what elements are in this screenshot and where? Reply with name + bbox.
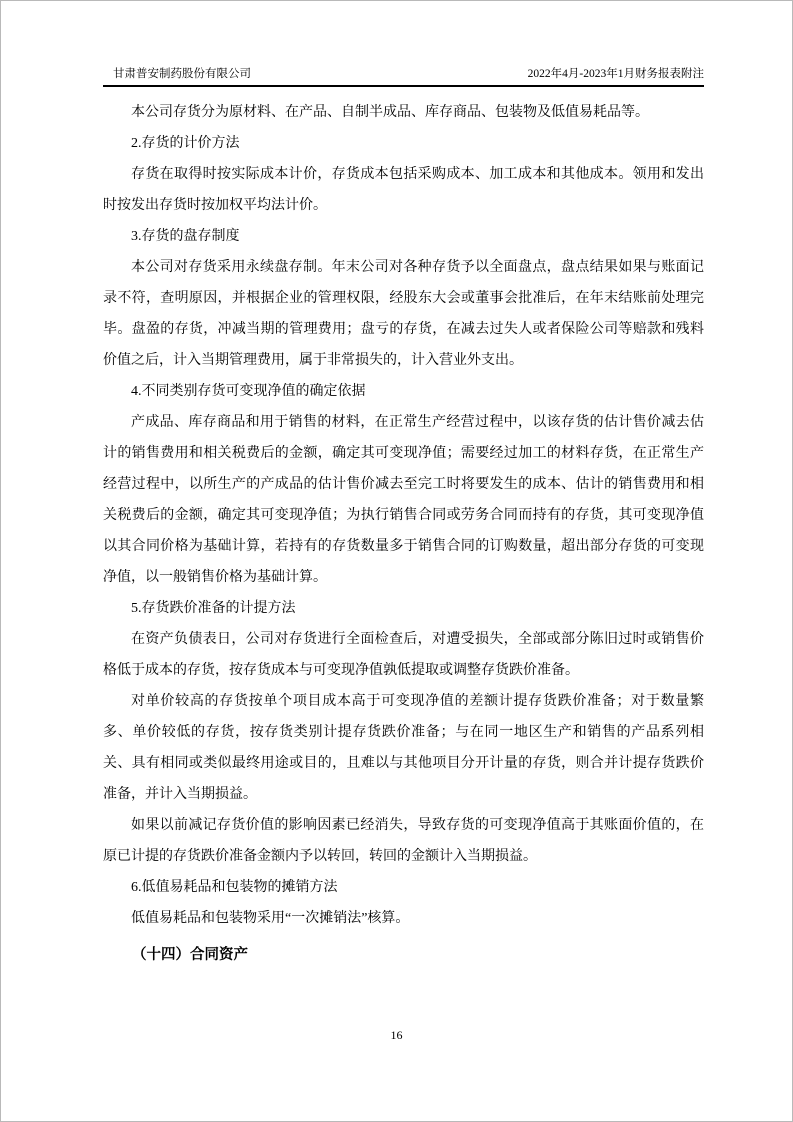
page-footer: 16: [1, 1027, 792, 1043]
numbered-heading: 3.存货的盘存制度: [103, 221, 704, 252]
paragraph: 在资产负债表日，公司对存货进行全面检查后，对遭受损失，全部或部分陈旧过时或销售价…: [103, 624, 704, 686]
paragraph: 对单价较高的存货按单个项目成本高于可变现净值的差额计提存货跌价准备；对于数量繁多…: [103, 686, 704, 810]
paragraph: 本公司存货分为原材料、在产品、自制半成品、库存商品、包装物及低值易耗品等。: [103, 97, 704, 128]
page-number: 16: [391, 1028, 403, 1042]
document-body: 本公司存货分为原材料、在产品、自制半成品、库存商品、包装物及低值易耗品等。 2.…: [103, 97, 704, 971]
company-name: 甘肃普安制药股份有限公司: [103, 67, 251, 81]
page-header: 甘肃普安制药股份有限公司 2022年4月-2023年1月财务报表附注: [103, 67, 704, 87]
paragraph: 低值易耗品和包装物采用“一次摊销法”核算。: [103, 903, 704, 934]
numbered-heading: 2.存货的计价方法: [103, 128, 704, 159]
paragraph: 产成品、库存商品和用于销售的材料，在正常生产经营过程中，以该存货的估计售价减去估…: [103, 407, 704, 593]
numbered-heading: 4.不同类别存货可变现净值的确定依据: [103, 376, 704, 407]
numbered-heading: 5.存货跌价准备的计提方法: [103, 593, 704, 624]
section-heading: （十四）合同资产: [103, 940, 704, 971]
paragraph: 本公司对存货采用永续盘存制。年末公司对各种存货予以全面盘点，盘点结果如果与账面记…: [103, 252, 704, 376]
numbered-heading: 6.低值易耗品和包装物的摊销方法: [103, 872, 704, 903]
report-title: 2022年4月-2023年1月财务报表附注: [528, 67, 704, 81]
paragraph: 存货在取得时按实际成本计价，存货成本包括采购成本、加工成本和其他成本。领用和发出…: [103, 159, 704, 221]
document-page: 甘肃普安制药股份有限公司 2022年4月-2023年1月财务报表附注 本公司存货…: [0, 0, 793, 1122]
paragraph: 如果以前减记存货价值的影响因素已经消失，导致存货的可变现净值高于其账面价值的，在…: [103, 810, 704, 872]
